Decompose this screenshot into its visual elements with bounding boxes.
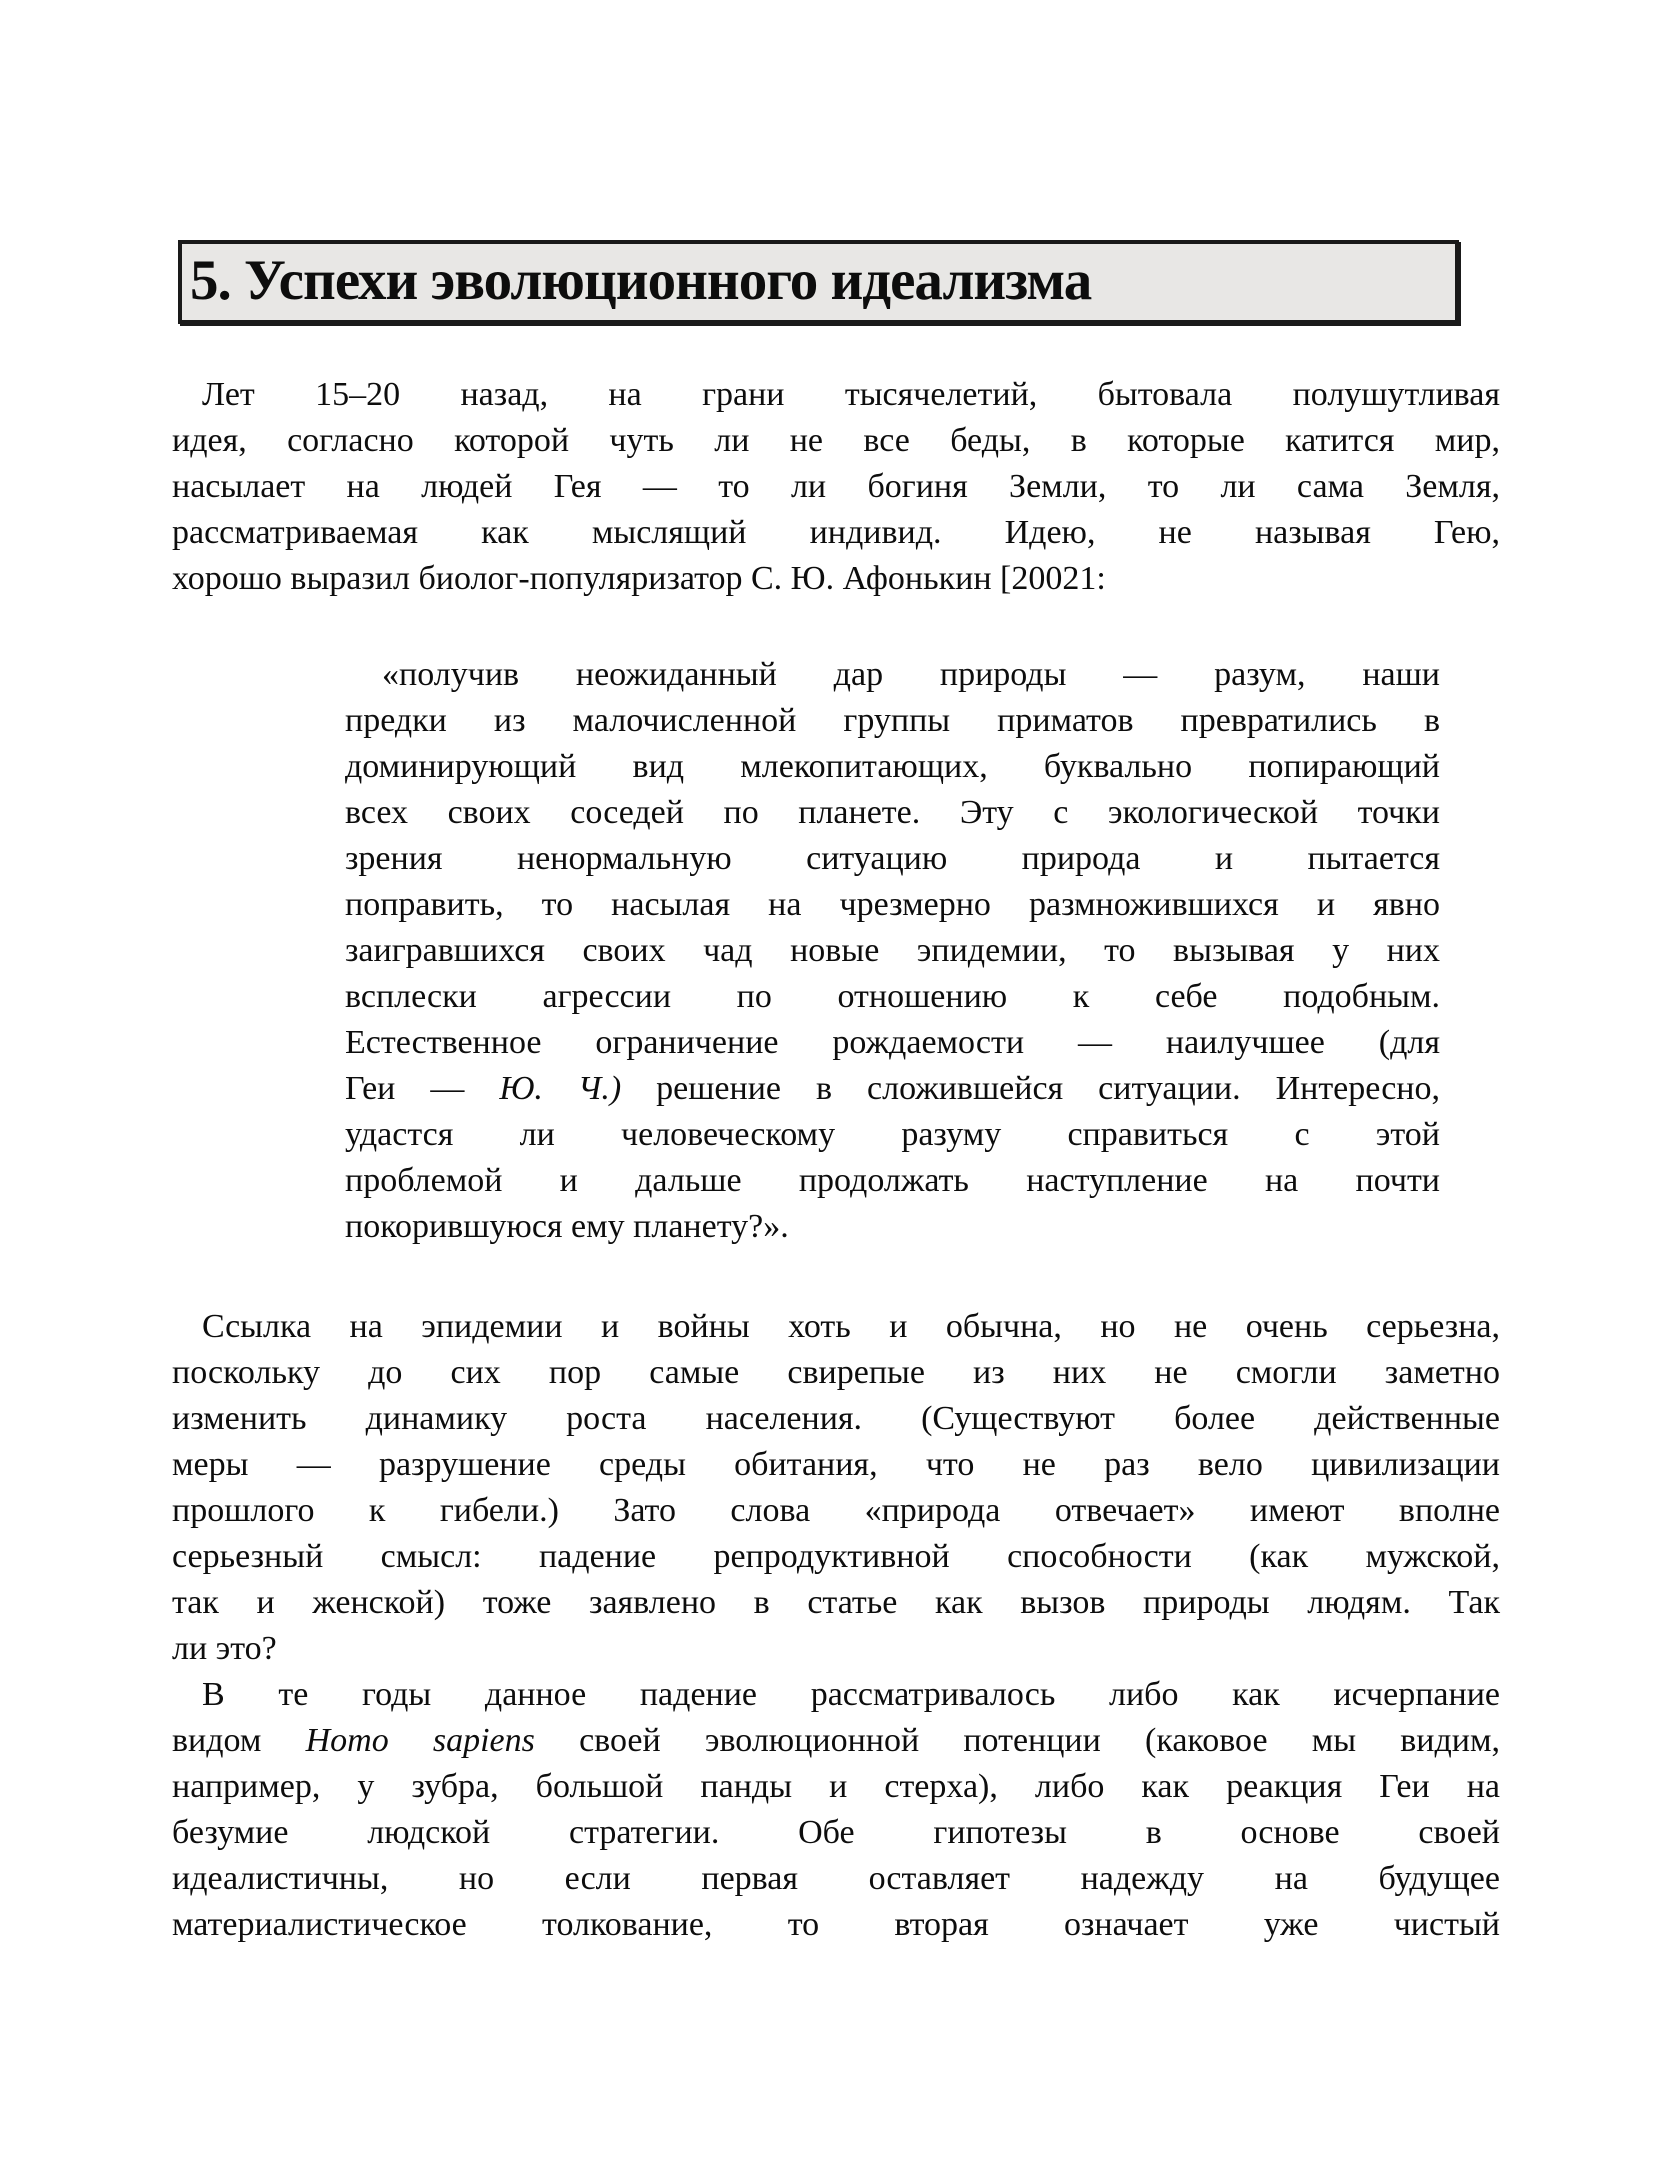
quote-line: проблемой и дальше продолжать наступлени…: [345, 1158, 1440, 1204]
quote-line: заигравшихся своих чад новые эпидемии, т…: [345, 928, 1440, 974]
text-line: меры — разрушение среды обитания, что не…: [172, 1442, 1500, 1488]
text-line: Ссылка на эпидемии и войны хоть и обычна…: [172, 1304, 1500, 1350]
paragraph-those-years: В те годы данное падение рассматривалось…: [172, 1672, 1500, 1948]
quote-line: всех своих соседей по планете. Эту с эко…: [345, 790, 1440, 836]
quote-text-segment: Геи —: [345, 1070, 499, 1107]
text-line: видом Homo sapiens своей эволюционной по…: [172, 1718, 1500, 1764]
paragraph-epidemics: Ссылка на эпидемии и войны хоть и обычна…: [172, 1304, 1500, 1672]
document-page: 5. Успехи эволюционного идеализма Лет 15…: [0, 0, 1669, 2160]
chapter-title-box: 5. Успехи эволюционного идеализма: [178, 240, 1459, 324]
text-segment: видом: [172, 1722, 306, 1759]
text-line: хорошо выразил биолог-популяризатор С. Ю…: [172, 556, 1500, 602]
text-line: безумие людской стратегии. Обе гипотезы …: [172, 1810, 1500, 1856]
text-line: материалистическое толкование, то вторая…: [172, 1902, 1500, 1948]
text-line: серьезный смысл: падение репродуктивной …: [172, 1534, 1500, 1580]
text-line: идея, согласно которой чуть ли не все бе…: [172, 418, 1500, 464]
block-quote: «получив неожиданный дар природы — разум…: [172, 652, 1500, 1250]
body-text: Лет 15–20 назад, на грани тысячелетий, б…: [172, 372, 1500, 1948]
quote-line: предки из малочисленной группы приматов …: [345, 698, 1440, 744]
species-name-italic: Homo sapiens: [306, 1722, 535, 1759]
quote-line: поправить, то насылая на чрезмерно размн…: [345, 882, 1440, 928]
text-line: идеалистичны, но если первая оставляет н…: [172, 1856, 1500, 1902]
quote-line: Естественное ограничение рождаемости — н…: [345, 1020, 1440, 1066]
text-line: ли это?: [172, 1626, 1500, 1672]
quote-text-segment: решение в сложившейся ситуации. Интересн…: [621, 1070, 1440, 1107]
text-line: так и женской) тоже заявлено в статье ка…: [172, 1580, 1500, 1626]
quote-line: доминирующий вид млекопитающих, буквальн…: [345, 744, 1440, 790]
quote-line: удастся ли человеческому разуму справить…: [345, 1112, 1440, 1158]
text-line: прошлого к гибели.) Зато слова «природа …: [172, 1488, 1500, 1534]
text-line: например, у зубра, большой панды и стерх…: [172, 1764, 1500, 1810]
text-line: В те годы данное падение рассматривалось…: [172, 1672, 1500, 1718]
quote-line: зрения ненормальную ситуацию природа и п…: [345, 836, 1440, 882]
chapter-title: 5. Успехи эволюционного идеализма: [182, 252, 1091, 313]
text-line: Лет 15–20 назад, на грани тысячелетий, б…: [172, 372, 1500, 418]
text-line: рассматриваемая как мыслящий индивид. Ид…: [172, 510, 1500, 556]
text-line: поскольку до сих пор самые свирепые из н…: [172, 1350, 1500, 1396]
quote-line: всплески агрессии по отношению к себе по…: [345, 974, 1440, 1020]
editor-initials-italic: Ю. Ч.): [499, 1070, 621, 1107]
text-segment: своей эволюционной потенции (каковое мы …: [535, 1722, 1500, 1759]
quote-line: покорившуюся ему планету?».: [345, 1204, 1440, 1250]
quote-line: «получив неожиданный дар природы — разум…: [345, 652, 1440, 698]
text-line: изменить динамику роста населения. (Суще…: [172, 1396, 1500, 1442]
text-line: насылает на людей Гея — то ли богиня Зем…: [172, 464, 1500, 510]
paragraph-intro: Лет 15–20 назад, на грани тысячелетий, б…: [172, 372, 1500, 602]
quote-line: Геи — Ю. Ч.) решение в сложившейся ситуа…: [345, 1066, 1440, 1112]
